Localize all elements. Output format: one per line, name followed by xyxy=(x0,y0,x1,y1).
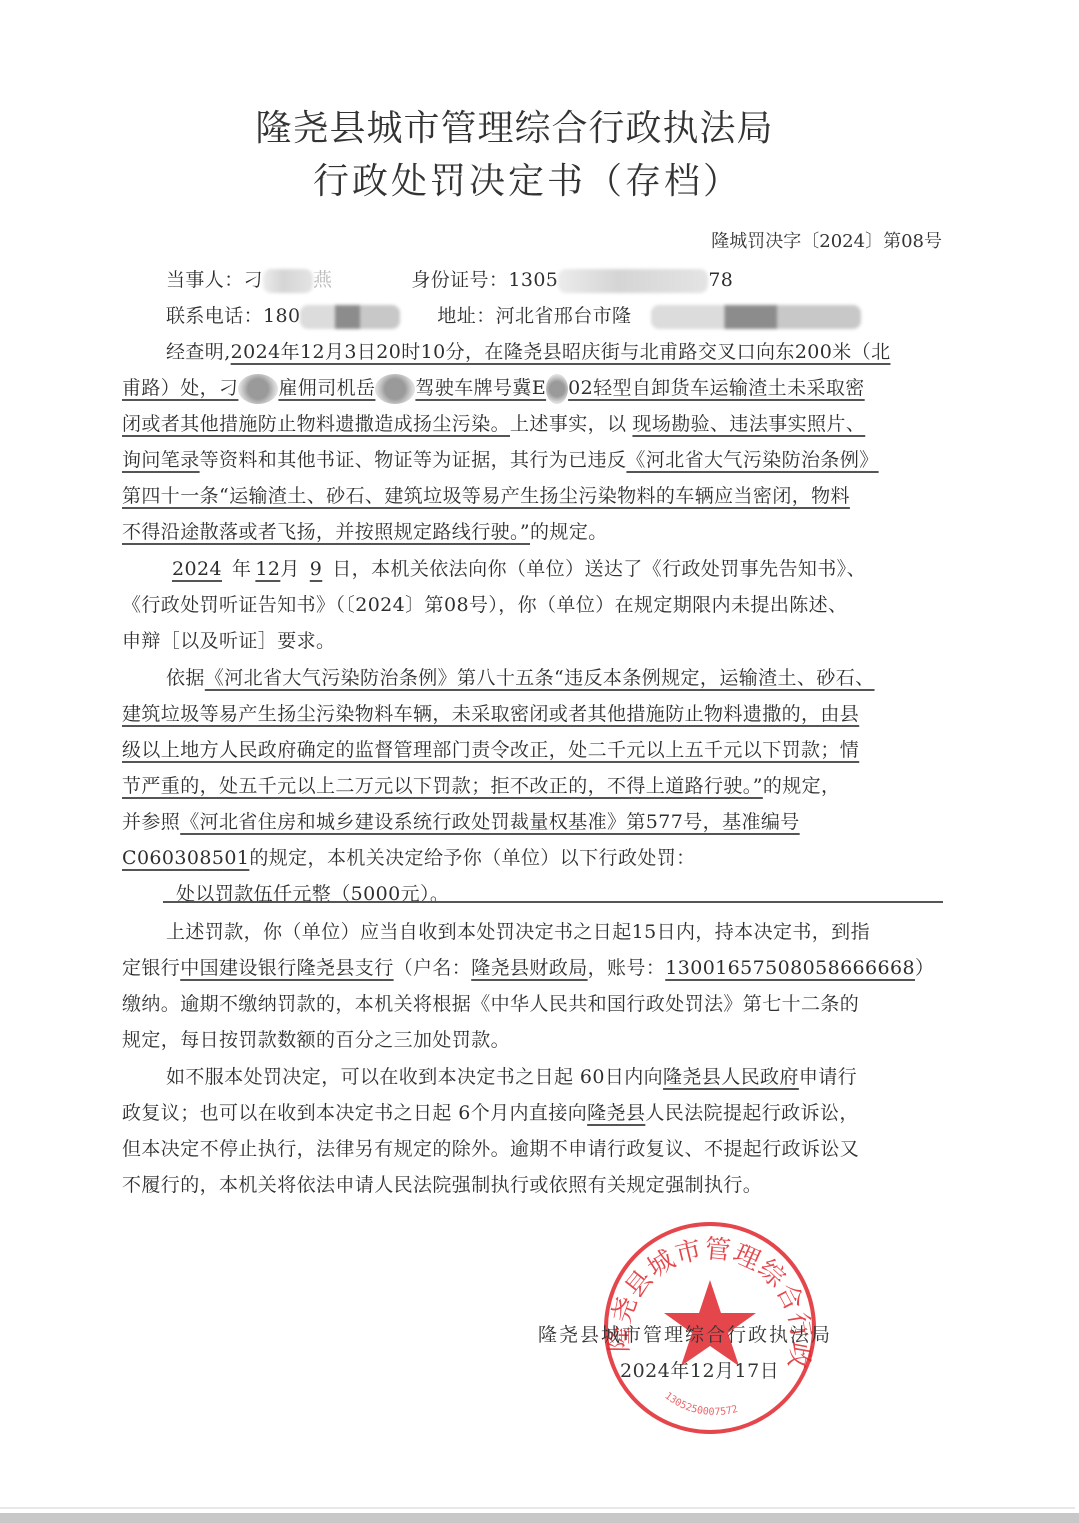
phone-label: 联系电话： xyxy=(166,305,263,327)
text: 年 xyxy=(228,558,255,580)
text: 等资料和其他书证、物证等为证据，其行为已违反 xyxy=(200,449,627,471)
notice-day: 9 xyxy=(300,558,333,580)
party-info-row-1: 当事人：刁燕 身份证号：130578 xyxy=(122,262,988,298)
underlined-text: 建筑垃圾等易产生扬尘污染物料车辆，未采取密闭或者其他措施防止物料遗撒的，由县 xyxy=(122,703,859,725)
redaction-blur xyxy=(558,269,708,293)
underlined-text: 节严重的，处五千元以上二万元以下罚款；拒不改正的，不得上道路行驶。” xyxy=(122,775,763,797)
address-label: 地址： xyxy=(437,305,495,327)
underlined-text: 甫路）处，刁 xyxy=(122,377,238,399)
text: 上述事实，以 xyxy=(510,413,626,435)
redaction-blob xyxy=(546,374,568,404)
document-number: 隆城罚决字〔2024〕第08号 xyxy=(711,227,942,253)
bank-name: 中国建设银行隆尧县支行 xyxy=(180,957,393,979)
redaction-blur xyxy=(300,305,400,329)
payment-line-1: 上述罚款，你（单位）应当自收到本处罚决定书之日起15日内，持本决定书，到指 xyxy=(122,914,988,950)
facts-line-4: 询问笔录等资料和其他书证、物证等为证据，其行为已违反《河北省大气污染防治条例》 xyxy=(122,442,944,478)
appeal-line-4: 不履行的，本机关将依法申请人民法院强制执行或依照有关规定强制执行。 xyxy=(122,1167,944,1203)
facts-line-6: 不得沿途散落或者飞扬，并按照规定路线行驶。”的规定。 xyxy=(122,514,944,550)
notice-line-2: 《行政处罚听证告知书》（〔2024〕第08号），你（单位）在规定期限内未提出陈述… xyxy=(122,587,944,623)
facts-line-3: 闭或者其他措施防止物料遗撒造成扬尘污染。上述事实，以现场勘验、违法事实照片、 xyxy=(122,406,944,442)
underlined-text: 级以上地方人民政府确定的监督管理部门责令改正，处二千元以上五千元以下罚款；情 xyxy=(122,739,859,761)
underlined-text: 《河北省住房和城乡建设系统行政处罚裁量权基准》第577号，基准编号 xyxy=(180,811,799,833)
underlined-text: 驾驶车牌号冀E xyxy=(415,377,546,399)
account-holder: 隆尧县财政局 xyxy=(471,957,587,979)
party-name: 刁 xyxy=(244,269,263,291)
payment-line-2: 定银行中国建设银行隆尧县支行（户名：隆尧县财政局，账号：130016575080… xyxy=(122,950,944,986)
facts-line-5: 第四十一条“运输渣土、砂石、建筑垃圾等易产生扬尘污染物料的车辆应当密闭，物料 xyxy=(122,478,944,514)
appeal-line-1: 如不服本处罚决定，可以在收到本决定书之日起 60日内向隆尧县人民政府申请行 xyxy=(122,1059,988,1095)
underlined-text: 《河北省大气污染防治条例》 xyxy=(626,449,878,471)
svg-text:1305250007572: 1305250007572 xyxy=(662,1391,739,1418)
underlined-text: 现场勘验、违法事实照片、 xyxy=(626,413,865,435)
penalty-line: 处以罚款伍仟元整（5000元）。 xyxy=(122,876,998,912)
basis-line-1: 依据《河北省大气污染防治条例》第八十五条“违反本条例规定，运输渣土、砂石、 xyxy=(122,660,988,696)
underlined-text: 2024年12月3日20时10分，在隆尧县昭庆街与北甫路交叉口向东200米（北 xyxy=(231,341,891,363)
text: 的规定，本机关决定给予你（单位）以下行政处罚： xyxy=(249,847,695,869)
appeal-line-3: 但本决定不停止执行，法律另有规定的除外。逾期不申请行政复议、不提起行政诉讼又 xyxy=(122,1131,944,1167)
basis-line-5: 并参照《河北省住房和城乡建设系统行政处罚裁量权基准》第577号，基准编号 xyxy=(122,804,944,840)
notice-month: 12 xyxy=(255,558,280,580)
text: 定银行 xyxy=(122,957,180,979)
redaction-blob xyxy=(375,374,415,404)
underlined-text: 闭或者其他措施防止物料遗撒造成扬尘污染。 xyxy=(122,413,510,435)
notice-year: 2024 xyxy=(166,558,228,580)
underlined-text: 不得沿途散落或者飞扬，并按照规定路线行驶。” xyxy=(122,521,530,543)
basis-line-3: 级以上地方人民政府确定的监督管理部门责令改正，处二千元以上五千元以下罚款；情 xyxy=(122,732,944,768)
redaction-blur xyxy=(263,269,313,293)
text: 月 xyxy=(280,558,299,580)
standard-code: C060308501 xyxy=(122,847,249,869)
basis-line-6: C060308501的规定，本机关决定给予你（单位）以下行政处罚： xyxy=(122,840,944,876)
party-name-label: 当事人： xyxy=(166,269,244,291)
text: （户名： xyxy=(394,957,472,979)
text: 如不服本处罚决定，可以在收到本决定书之日起 60日内向 xyxy=(166,1066,663,1088)
county-name: 隆尧县 xyxy=(587,1102,645,1124)
underlined-text: 02轻型自卸货车运输渣土未采取密 xyxy=(568,377,865,399)
agency-title: 隆尧县城市管理综合行政执法局 xyxy=(0,100,1054,151)
facts-line-2: 甫路）处，刁雇佣司机岳驾驶车牌号冀E02轻型自卸货车运输渣土未采取密 xyxy=(122,370,944,406)
underlined-text: 《河北省大气污染防治条例》第八十五条“违反本条例规定，运输渣土、砂石、 xyxy=(205,667,875,689)
basis-line-4: 节严重的，处五千元以上二万元以下罚款；拒不改正的，不得上道路行驶。”的规定， xyxy=(122,768,944,804)
party-name-tail: 燕 xyxy=(313,269,332,291)
underlined-text: 雇佣司机岳 xyxy=(278,377,375,399)
id-label: 身份证号： xyxy=(411,269,508,291)
underlined-text: 询问笔录 xyxy=(122,449,200,471)
text: 申请行 xyxy=(799,1066,857,1088)
payment-line-4: 规定，每日按罚款数额的百分之三加处罚款。 xyxy=(122,1022,944,1058)
appeal-line-2: 政复议；也可以在收到本决定书之日起 6个月内直接向隆尧县人民法院提起行政诉讼， xyxy=(122,1095,944,1131)
text: 政复议；也可以在收到本决定书之日起 6个月内直接向 xyxy=(122,1102,587,1124)
underlined-text: 第四十一条“运输渣土、砂石、建筑垃圾等易产生扬尘污染物料的车辆应当密闭，物料 xyxy=(122,485,850,507)
text: 依据 xyxy=(166,667,205,689)
text: 日，本机关依法向你（单位）送达了《行政处罚事先告知书》、 xyxy=(332,558,866,580)
payment-line-3: 缴纳。逾期不缴纳罚款的，本机关将根据《中华人民共和国行政处罚法》第七十二条的 xyxy=(122,986,944,1022)
basis-line-2: 建筑垃圾等易产生扬尘污染物料车辆，未采取密闭或者其他措施防止物料遗撒的，由县 xyxy=(122,696,944,732)
text: ，账号： xyxy=(588,957,666,979)
document-title: 行政处罚决定书（存档） xyxy=(0,153,1067,204)
address-prefix: 河北省邢台市隆 xyxy=(496,305,632,327)
notice-line-1: 2024年12月9日，本机关依法向你（单位）送达了《行政处罚事先告知书》、 xyxy=(122,551,988,587)
text: 并参照 xyxy=(122,811,180,833)
party-info-row-2: 联系电话：180 地址：河北省邢台市隆 xyxy=(122,298,988,334)
account-number: 13001657508058666668 xyxy=(665,957,915,979)
notice-line-3: 申辩［以及听证］要求。 xyxy=(122,623,944,659)
redaction-blur xyxy=(651,305,861,329)
text: ） xyxy=(915,957,934,979)
facts-line-1: 经查明,2024年12月3日20时10分，在隆尧县昭庆街与北甫路交叉口向东200… xyxy=(122,334,988,370)
government-name: 隆尧县人民政府 xyxy=(663,1066,799,1088)
redaction-blob xyxy=(238,374,278,404)
page-edge xyxy=(0,1507,1075,1509)
id-suffix: 78 xyxy=(708,269,733,291)
phone-prefix: 180 xyxy=(263,305,300,327)
background-bar xyxy=(0,1513,1079,1523)
text: 的规定。 xyxy=(530,521,608,543)
id-prefix: 1305 xyxy=(508,269,558,291)
text: 的规定， xyxy=(763,775,841,797)
text: 人民法院提起行政诉讼， xyxy=(645,1102,858,1124)
signing-agency: 隆尧县城市管理综合行政执法局 xyxy=(538,1320,832,1347)
penalty-underline xyxy=(163,901,943,903)
text: 经查明, xyxy=(166,341,231,363)
signing-date: 2024年12月17日 xyxy=(620,1356,779,1383)
